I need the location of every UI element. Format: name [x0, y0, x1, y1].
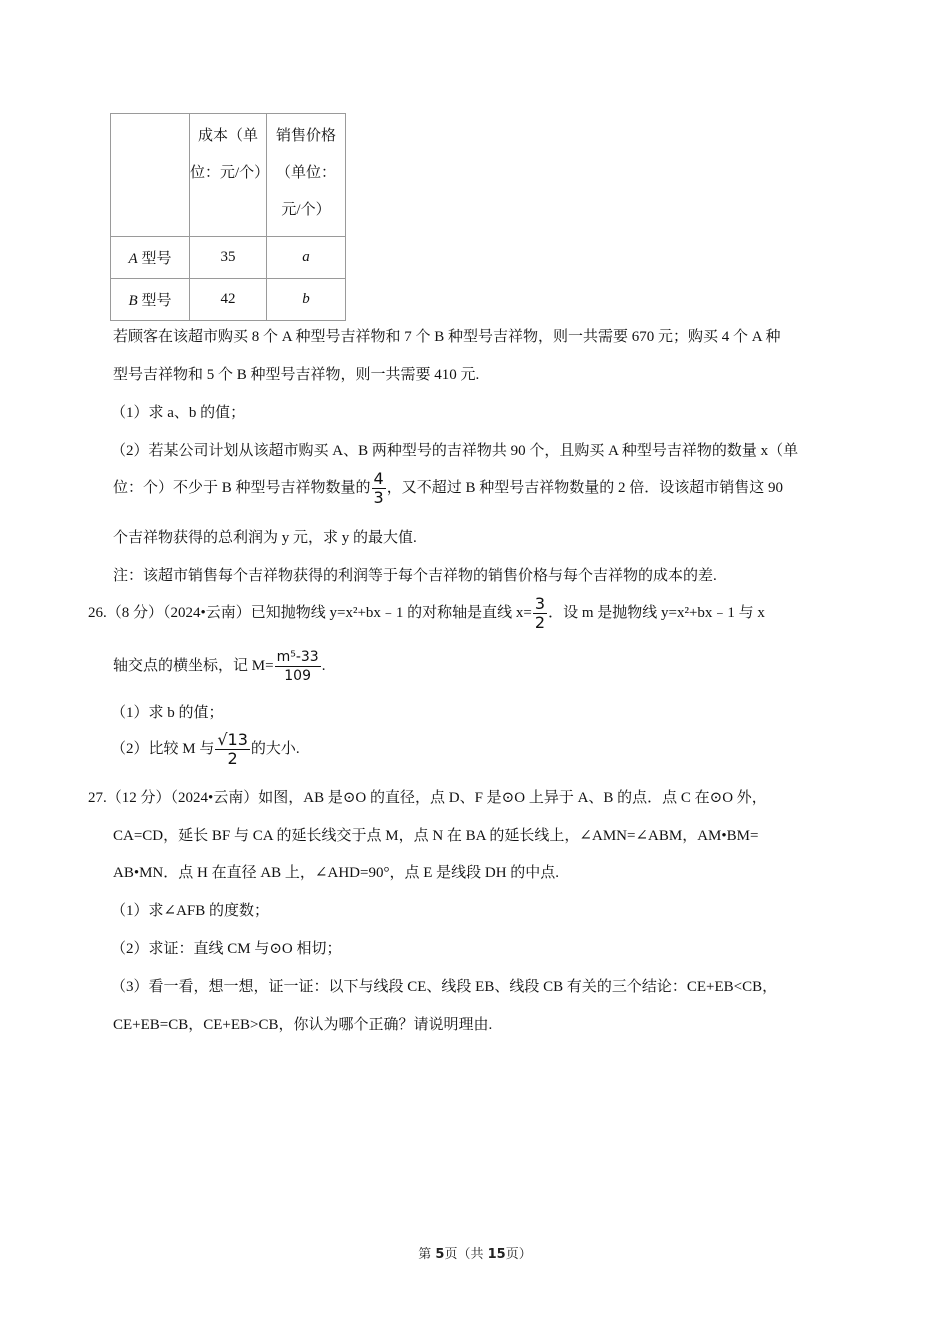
row-label: A 型号: [111, 237, 190, 279]
fraction-denominator: 2: [533, 614, 547, 632]
header-price-line: （单位：: [267, 155, 345, 192]
row-price: a: [267, 237, 346, 279]
footer-suffix: 页）: [506, 1247, 532, 1262]
page-footer: 第 5页（共 15页）: [0, 1243, 950, 1262]
q26-text-a: 26.（8 分）（2024•云南）已知抛物线 y=x²+bx﹣1 的对称轴是直线…: [88, 605, 532, 621]
q26-part2-text-b: 的大小.: [251, 741, 300, 757]
footer-total-pages: 15: [488, 1247, 506, 1262]
row-label-suffix: 型号: [138, 293, 172, 309]
fraction-numerator: √13: [215, 731, 250, 750]
table-row: B 型号 42 b: [111, 279, 346, 321]
row-label-var: A: [129, 251, 138, 267]
header-price-line: 元/个）: [267, 192, 345, 229]
fraction-numerator: 3: [533, 595, 547, 614]
fraction-sqrt13: √132: [215, 731, 250, 768]
fraction-axis: 32: [533, 595, 547, 632]
q25-part1: （1）求 a、b 的值；: [111, 401, 245, 422]
fraction-four-thirds: 43: [372, 470, 386, 507]
q27-line1: 27.（12 分）（2024•云南）如图，AB 是⊙O 的直径，点 D、F 是⊙…: [88, 786, 767, 807]
q26-line1: 26.（8 分）（2024•云南）已知抛物线 y=x²+bx﹣1 的对称轴是直线…: [88, 593, 765, 633]
q25-intro-line1: 若顾客在该超市购买 8 个 A 种型号吉祥物和 7 个 B 种型号吉祥物，则一共…: [113, 325, 781, 346]
table-header-empty: [111, 114, 190, 237]
q25-note: 注：该超市销售每个吉祥物获得的利润等于每个吉祥物的销售价格与每个吉祥物的成本的差…: [113, 564, 717, 585]
q26-line2-text-b: .: [322, 658, 326, 674]
row-label-var: B: [129, 293, 138, 309]
table-header-cost: 成本（单 位：元/个）: [190, 114, 267, 237]
table-header-row: 成本（单 位：元/个） 销售价格 （单位： 元/个）: [111, 114, 346, 237]
row-label-suffix: 型号: [138, 251, 172, 267]
footer-middle: 页（共: [444, 1247, 487, 1262]
footer-prefix: 第: [418, 1247, 435, 1262]
row-price: b: [267, 279, 346, 321]
q27-line2: CA=CD，延长 BF 与 CA 的延长线交于点 M，点 N 在 BA 的延长线…: [113, 824, 758, 845]
header-price-line: 销售价格: [267, 118, 345, 155]
q27-part2: （2）求证：直线 CM 与⊙O 相切；: [111, 937, 342, 958]
row-cost: 42: [190, 279, 267, 321]
table-header-price: 销售价格 （单位： 元/个）: [267, 114, 346, 237]
q27-part1: （1）求∠AFB 的度数；: [111, 899, 269, 920]
q26-line2: 轴交点的横坐标，记 M=m⁵-33109.: [113, 646, 325, 686]
price-table: 成本（单 位：元/个） 销售价格 （单位： 元/个） A 型号 35 a B 型…: [110, 113, 346, 321]
q25-part2-line2: 位：个）不少于 B 种型号吉祥物数量的43，又不超过 B 种型号吉祥物数量的 2…: [113, 468, 783, 508]
fraction-numerator: 4: [372, 470, 386, 489]
q26-text-b: ．设 m 是抛物线 y=x²+bx﹣1 与 x: [548, 605, 765, 621]
fraction-m: m⁵-33109: [275, 648, 321, 685]
q25-part2-line3: 个吉祥物获得的总利润为 y 元，求 y 的最大值.: [113, 526, 417, 547]
fraction-denominator: 109: [275, 667, 321, 685]
row-cost: 35: [190, 237, 267, 279]
header-cost-line: 成本（单: [190, 118, 266, 155]
q25-part2-text-a: 位：个）不少于 B 种型号吉祥物数量的: [113, 480, 371, 496]
fraction-denominator: 3: [372, 489, 386, 507]
q25-part2-text-b: ，又不超过 B 种型号吉祥物数量的 2 倍．设该超市销售这 90: [387, 480, 783, 496]
table-row: A 型号 35 a: [111, 237, 346, 279]
q27-line3: AB•MN．点 H 在直径 AB 上，∠AHD=90°，点 E 是线段 DH 的…: [113, 861, 559, 882]
fraction-numerator: m⁵-33: [275, 648, 321, 667]
row-label: B 型号: [111, 279, 190, 321]
q26-line2-text-a: 轴交点的横坐标，记 M=: [113, 658, 274, 674]
q27-part3-line2: CE+EB=CB，CE+EB>CB，你认为哪个正确？请说明理由.: [113, 1013, 492, 1034]
fraction-denominator: 2: [215, 750, 250, 768]
q25-part2-line1: （2）若某公司计划从该超市购买 A、B 两种型号的吉祥物共 90 个，且购买 A…: [111, 439, 798, 460]
header-cost-line: 位：元/个）: [190, 155, 266, 192]
q27-part3-line1: （3）看一看，想一想，证一证：以下与线段 CE、线段 EB、线段 CB 有关的三…: [111, 975, 777, 996]
q26-part1: （1）求 b 的值；: [111, 701, 224, 722]
q26-part2-text-a: （2）比较 M 与: [111, 741, 214, 757]
q25-intro-line2: 型号吉祥物和 5 个 B 种型号吉祥物，则一共需要 410 元.: [113, 363, 479, 384]
q26-part2: （2）比较 M 与√132的大小.: [111, 729, 300, 769]
